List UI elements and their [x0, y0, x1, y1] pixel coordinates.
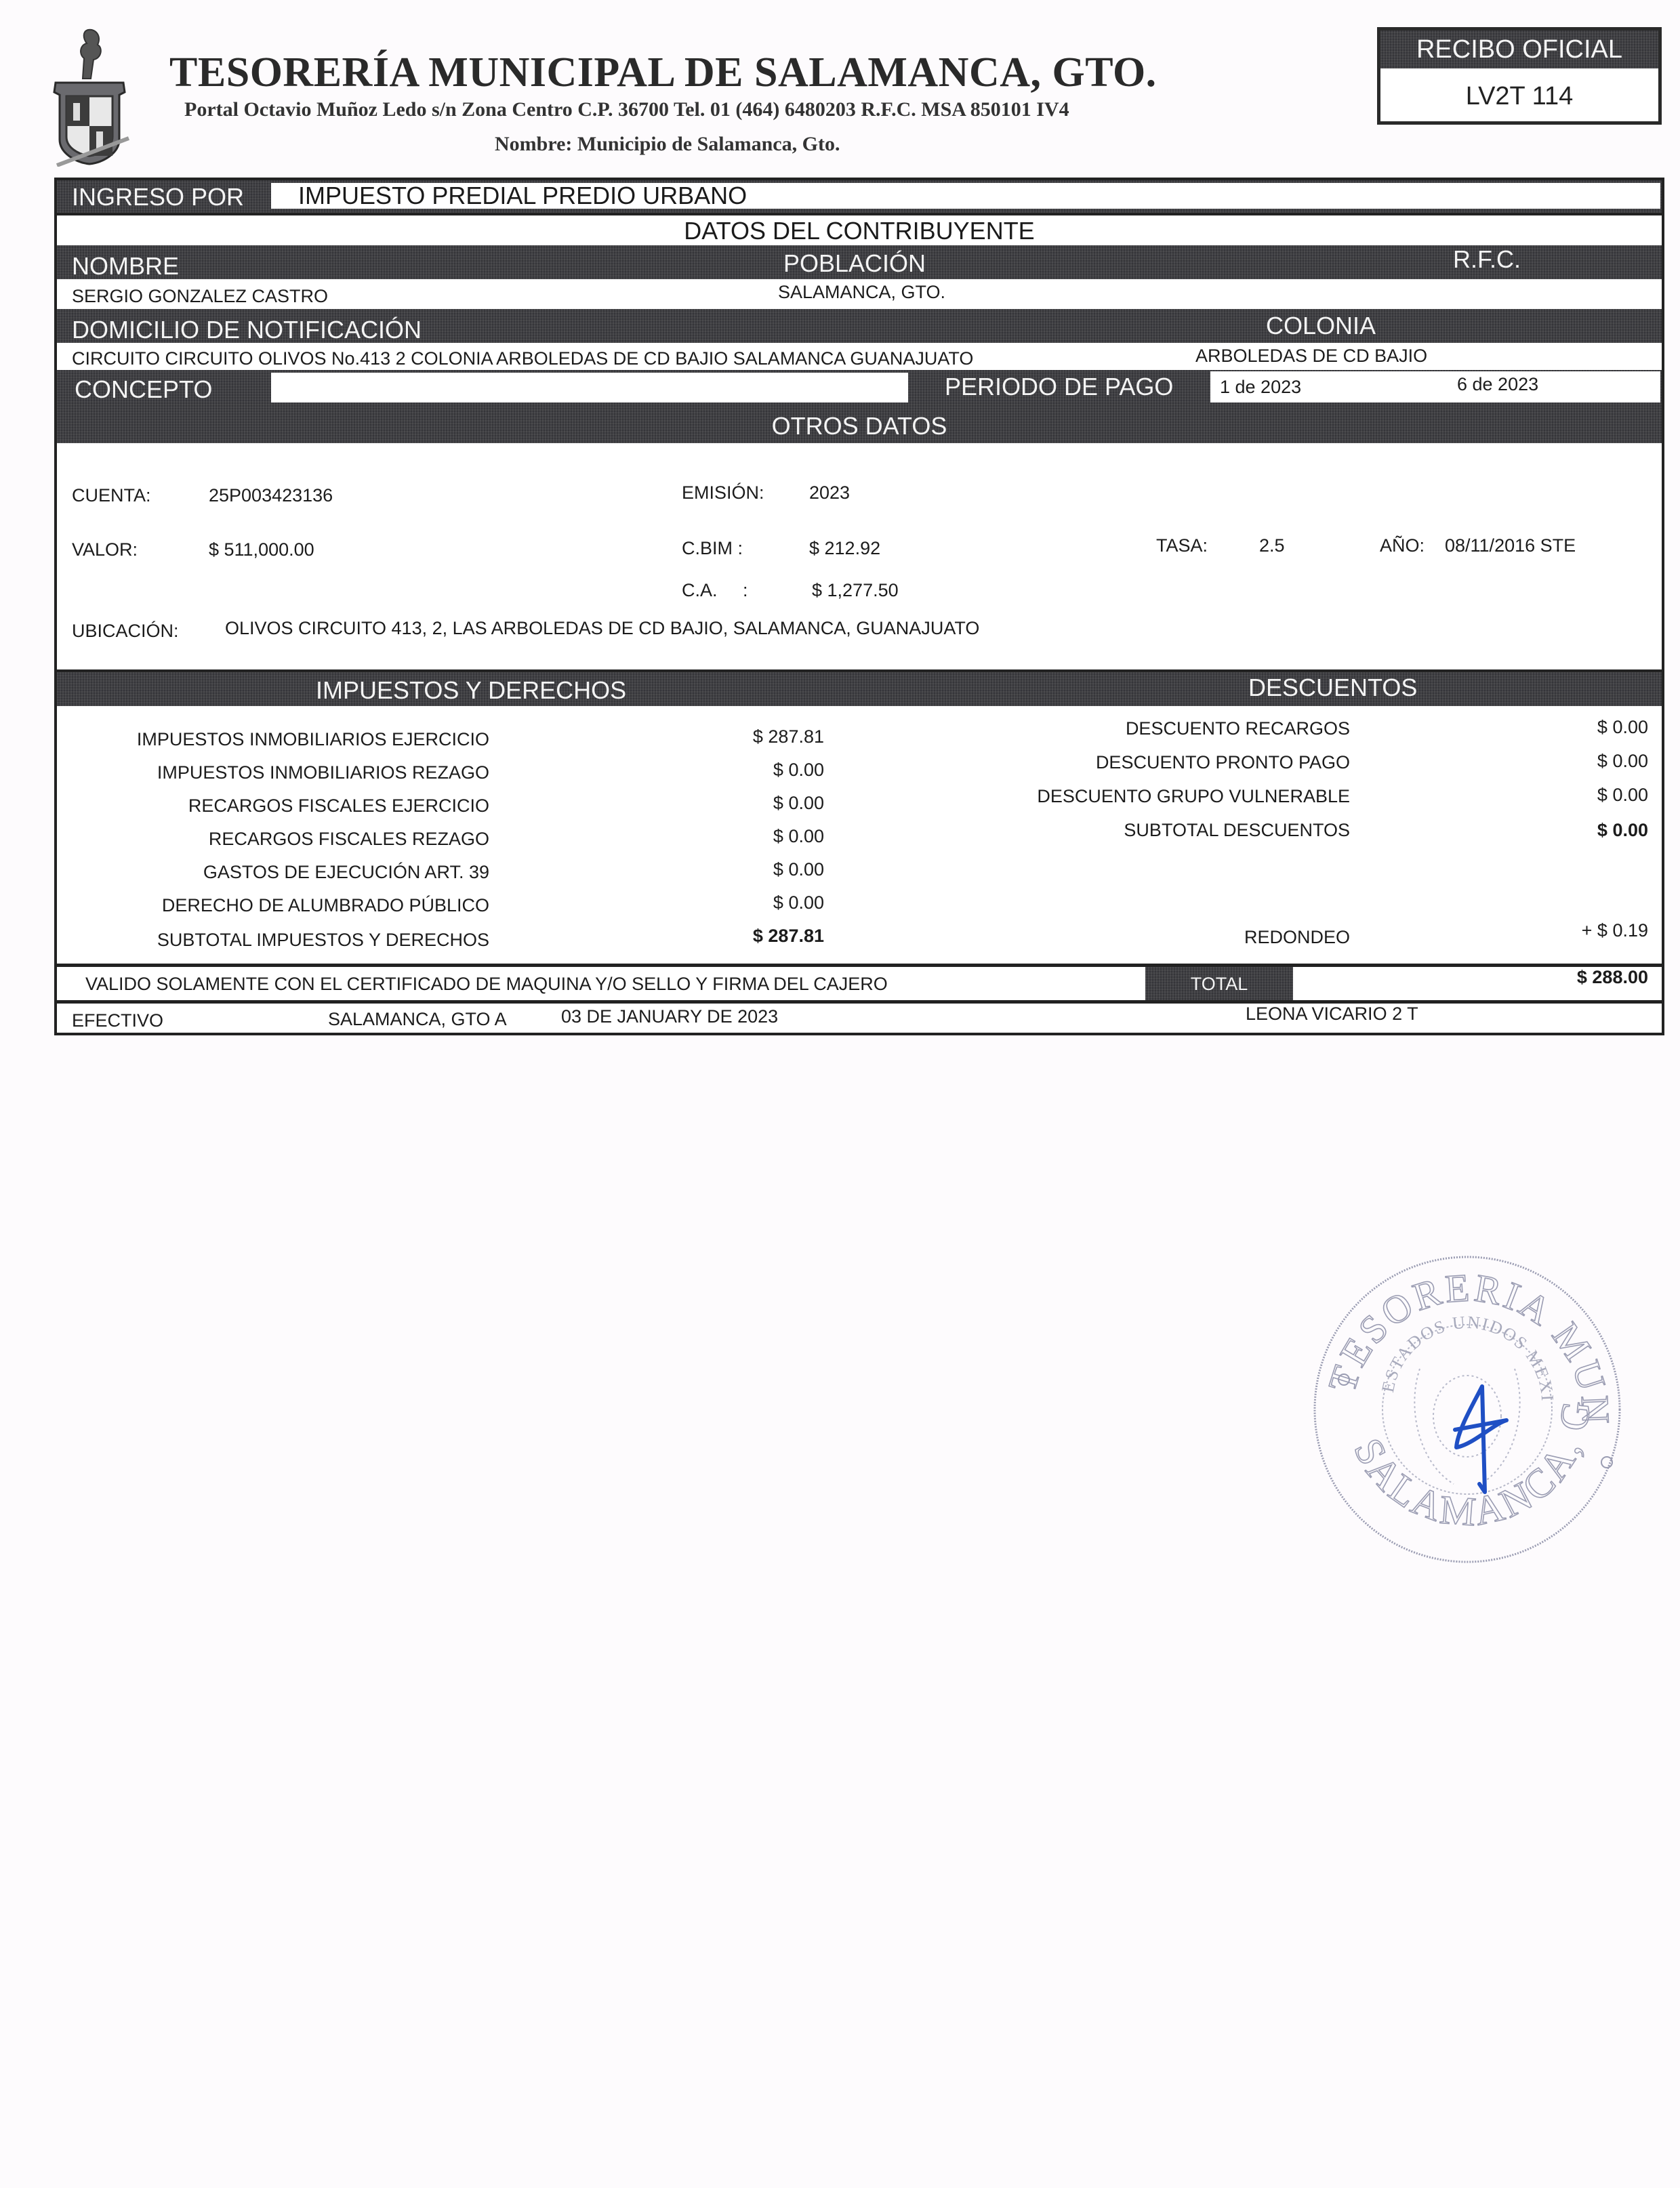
official-stamp: TESORERIA MUNICIPAL SALAMANCA, GTO ESTAD… [1305, 1247, 1630, 1572]
colonia-label: COLONIA [1266, 312, 1376, 340]
validez-band: VALIDO SOLAMENTE CON EL CERTIFICADO DE M… [57, 964, 1662, 1000]
subtotal-impuestos-label: SUBTOTAL IMPUESTOS Y DERECHOS [57, 930, 489, 951]
impuesto-amount: $ 0.00 [599, 793, 824, 814]
receipt-form: INGRESO POR IMPUESTO PREDIAL PREDIO URBA… [54, 178, 1664, 1035]
descuento-amount: $ 0.00 [1412, 751, 1648, 772]
validez-text: VALIDO SOLAMENTE CON EL CERTIFICADO DE M… [85, 974, 888, 995]
forma-pago: EFECTIVO [72, 1010, 163, 1031]
ingreso-label: INGRESO POR [72, 183, 244, 211]
poblacion-value: SALAMANCA, GTO. [778, 282, 945, 303]
ubicacion-value: OLIVOS CIRCUITO 413, 2, LAS ARBOLEDAS DE… [225, 618, 979, 639]
redondeo-label: REDONDEO [870, 927, 1350, 948]
impuesto-label: IMPUESTOS INMOBILIARIOS REZAGO [57, 762, 489, 783]
subtotal-impuestos-value: $ 287.81 [599, 926, 824, 947]
descuento-amount: $ 0.00 [1412, 717, 1648, 738]
anio-label: AÑO: [1380, 535, 1425, 556]
receipt-number-box: RECIBO OFICIAL LV2T 114 [1377, 27, 1662, 125]
header-municipio: Nombre: Municipio de Salamanca, Gto. [495, 133, 840, 156]
domicilio-header-band: DOMICILIO DE NOTIFICACIÓN COLONIA [57, 309, 1662, 343]
otros-datos-title: OTROS DATOS [57, 412, 1662, 440]
contribuyente-title-band: DATOS DEL CONTRIBUYENTE [57, 213, 1662, 245]
ca-label: C.A. : [682, 580, 748, 601]
descuento-label: DESCUENTO GRUPO VULNERABLE [870, 786, 1350, 807]
valor-label: VALOR: [72, 539, 138, 560]
tasa-value: 2.5 [1259, 535, 1285, 556]
emision-value: 2023 [809, 482, 850, 503]
concepto-band: CONCEPTO PERIODO DE PAGO 1 de 2023 6 de … [57, 370, 1662, 405]
cuenta-value: 25P003423136 [209, 485, 333, 506]
receipt-label: RECIBO OFICIAL [1380, 30, 1658, 68]
domicilio-label: DOMICILIO DE NOTIFICACIÓN [72, 316, 422, 344]
domicilio-value: CIRCUITO CIRCUITO OLIVOS No.413 2 COLONI… [72, 348, 973, 369]
cbim-value: $ 212.92 [809, 538, 880, 559]
impuesto-amount: $ 0.00 [599, 859, 824, 880]
descuento-amount: $ 0.00 [1412, 785, 1648, 806]
subtotal-descuentos-label: SUBTOTAL DESCUENTOS [870, 820, 1350, 841]
page-title: TESORERÍA MUNICIPAL DE SALAMANCA, GTO. [169, 49, 1157, 97]
impuesto-amount: $ 0.00 [599, 760, 824, 781]
total-label-cell: TOTAL [1145, 967, 1293, 1001]
nombre-values-band: SERGIO GONZALEZ CASTRO SALAMANCA, GTO. [57, 279, 1662, 309]
ubicacion-label: UBICACIÓN: [72, 621, 179, 642]
subtotal-descuentos-value: $ 0.00 [1412, 820, 1648, 841]
poblacion-label: POBLACIÓN [783, 249, 926, 278]
impuesto-label: RECARGOS FISCALES REZAGO [57, 829, 489, 850]
impuesto-label: RECARGOS FISCALES EJERCICIO [57, 796, 489, 817]
nombre-label: NOMBRE [72, 252, 179, 281]
impuesto-amount: $ 0.00 [599, 892, 824, 913]
valor-value: $ 511,000.00 [209, 539, 314, 560]
emision-label: EMISIÓN: [682, 482, 764, 503]
periodo-label: PERIODO DE PAGO [945, 373, 1173, 401]
pago-band: EFECTIVO SALAMANCA, GTO A 03 DE JANUARY … [57, 1000, 1662, 1033]
header-address: Portal Octavio Muñoz Ledo s/n Zona Centr… [184, 98, 1069, 121]
nombre-header-band: NOMBRE POBLACIÓN R.F.C. [57, 245, 1662, 279]
otros-datos-band: OTROS DATOS [57, 405, 1662, 443]
tasa-label: TASA: [1156, 535, 1208, 556]
impuesto-label: IMPUESTOS INMOBILIARIOS EJERCICIO [57, 729, 489, 750]
lugar: SALAMANCA, GTO A [328, 1009, 507, 1030]
concepto-field [271, 373, 908, 402]
descuentos-title: DESCUENTOS [1248, 674, 1417, 702]
receipt-number: LV2T 114 [1380, 73, 1658, 120]
concepto-label: CONCEPTO [75, 375, 212, 404]
coat-of-arms-icon [49, 24, 130, 167]
nombre-value: SERGIO GONZALEZ CASTRO [72, 286, 328, 307]
total-label: TOTAL [1145, 974, 1293, 995]
domicilio-values-band: CIRCUITO CIRCUITO OLIVOS No.413 2 COLONI… [57, 343, 1662, 370]
periodo-desde: 1 de 2023 [1220, 377, 1301, 398]
periodo-hasta: 6 de 2023 [1457, 374, 1538, 395]
ca-value: $ 1,277.50 [812, 580, 899, 601]
impuesto-label: DERECHO DE ALUMBRADO PÚBLICO [57, 895, 489, 916]
rfc-label: R.F.C. [1453, 245, 1521, 274]
ingreso-field: IMPUESTO PREDIAL PREDIO URBANO [271, 183, 1660, 209]
cbim-label: C.BIM : [682, 538, 743, 559]
descuento-label: DESCUENTO PRONTO PAGO [870, 752, 1350, 773]
caja: LEONA VICARIO 2 T [1246, 1004, 1418, 1025]
periodo-field: 1 de 2023 6 de 2023 [1210, 371, 1660, 402]
ingreso-value: IMPUESTO PREDIAL PREDIO URBANO [298, 182, 747, 210]
impuestos-title: IMPUESTOS Y DERECHOS [316, 676, 626, 705]
cuenta-label: CUENTA: [72, 485, 151, 506]
total-value: $ 288.00 [1412, 967, 1648, 988]
impuesto-amount: $ 0.00 [599, 826, 824, 847]
fecha: 03 DE JANUARY DE 2023 [561, 1006, 778, 1027]
contribuyente-title: DATOS DEL CONTRIBUYENTE [57, 217, 1662, 245]
impuestos-band: IMPUESTOS Y DERECHOS DESCUENTOS [57, 669, 1662, 706]
impuesto-label: GASTOS DE EJECUCIÓN ART. 39 [57, 862, 489, 883]
ingreso-band: INGRESO POR IMPUESTO PREDIAL PREDIO URBA… [57, 180, 1662, 213]
descuento-label: DESCUENTO RECARGOS [870, 718, 1350, 739]
impuesto-amount: $ 287.81 [599, 726, 824, 747]
anio-value: 08/11/2016 STE [1445, 535, 1576, 556]
colonia-value: ARBOLEDAS DE CD BAJIO [1195, 346, 1427, 367]
redondeo-value: + $ 0.19 [1412, 920, 1648, 941]
